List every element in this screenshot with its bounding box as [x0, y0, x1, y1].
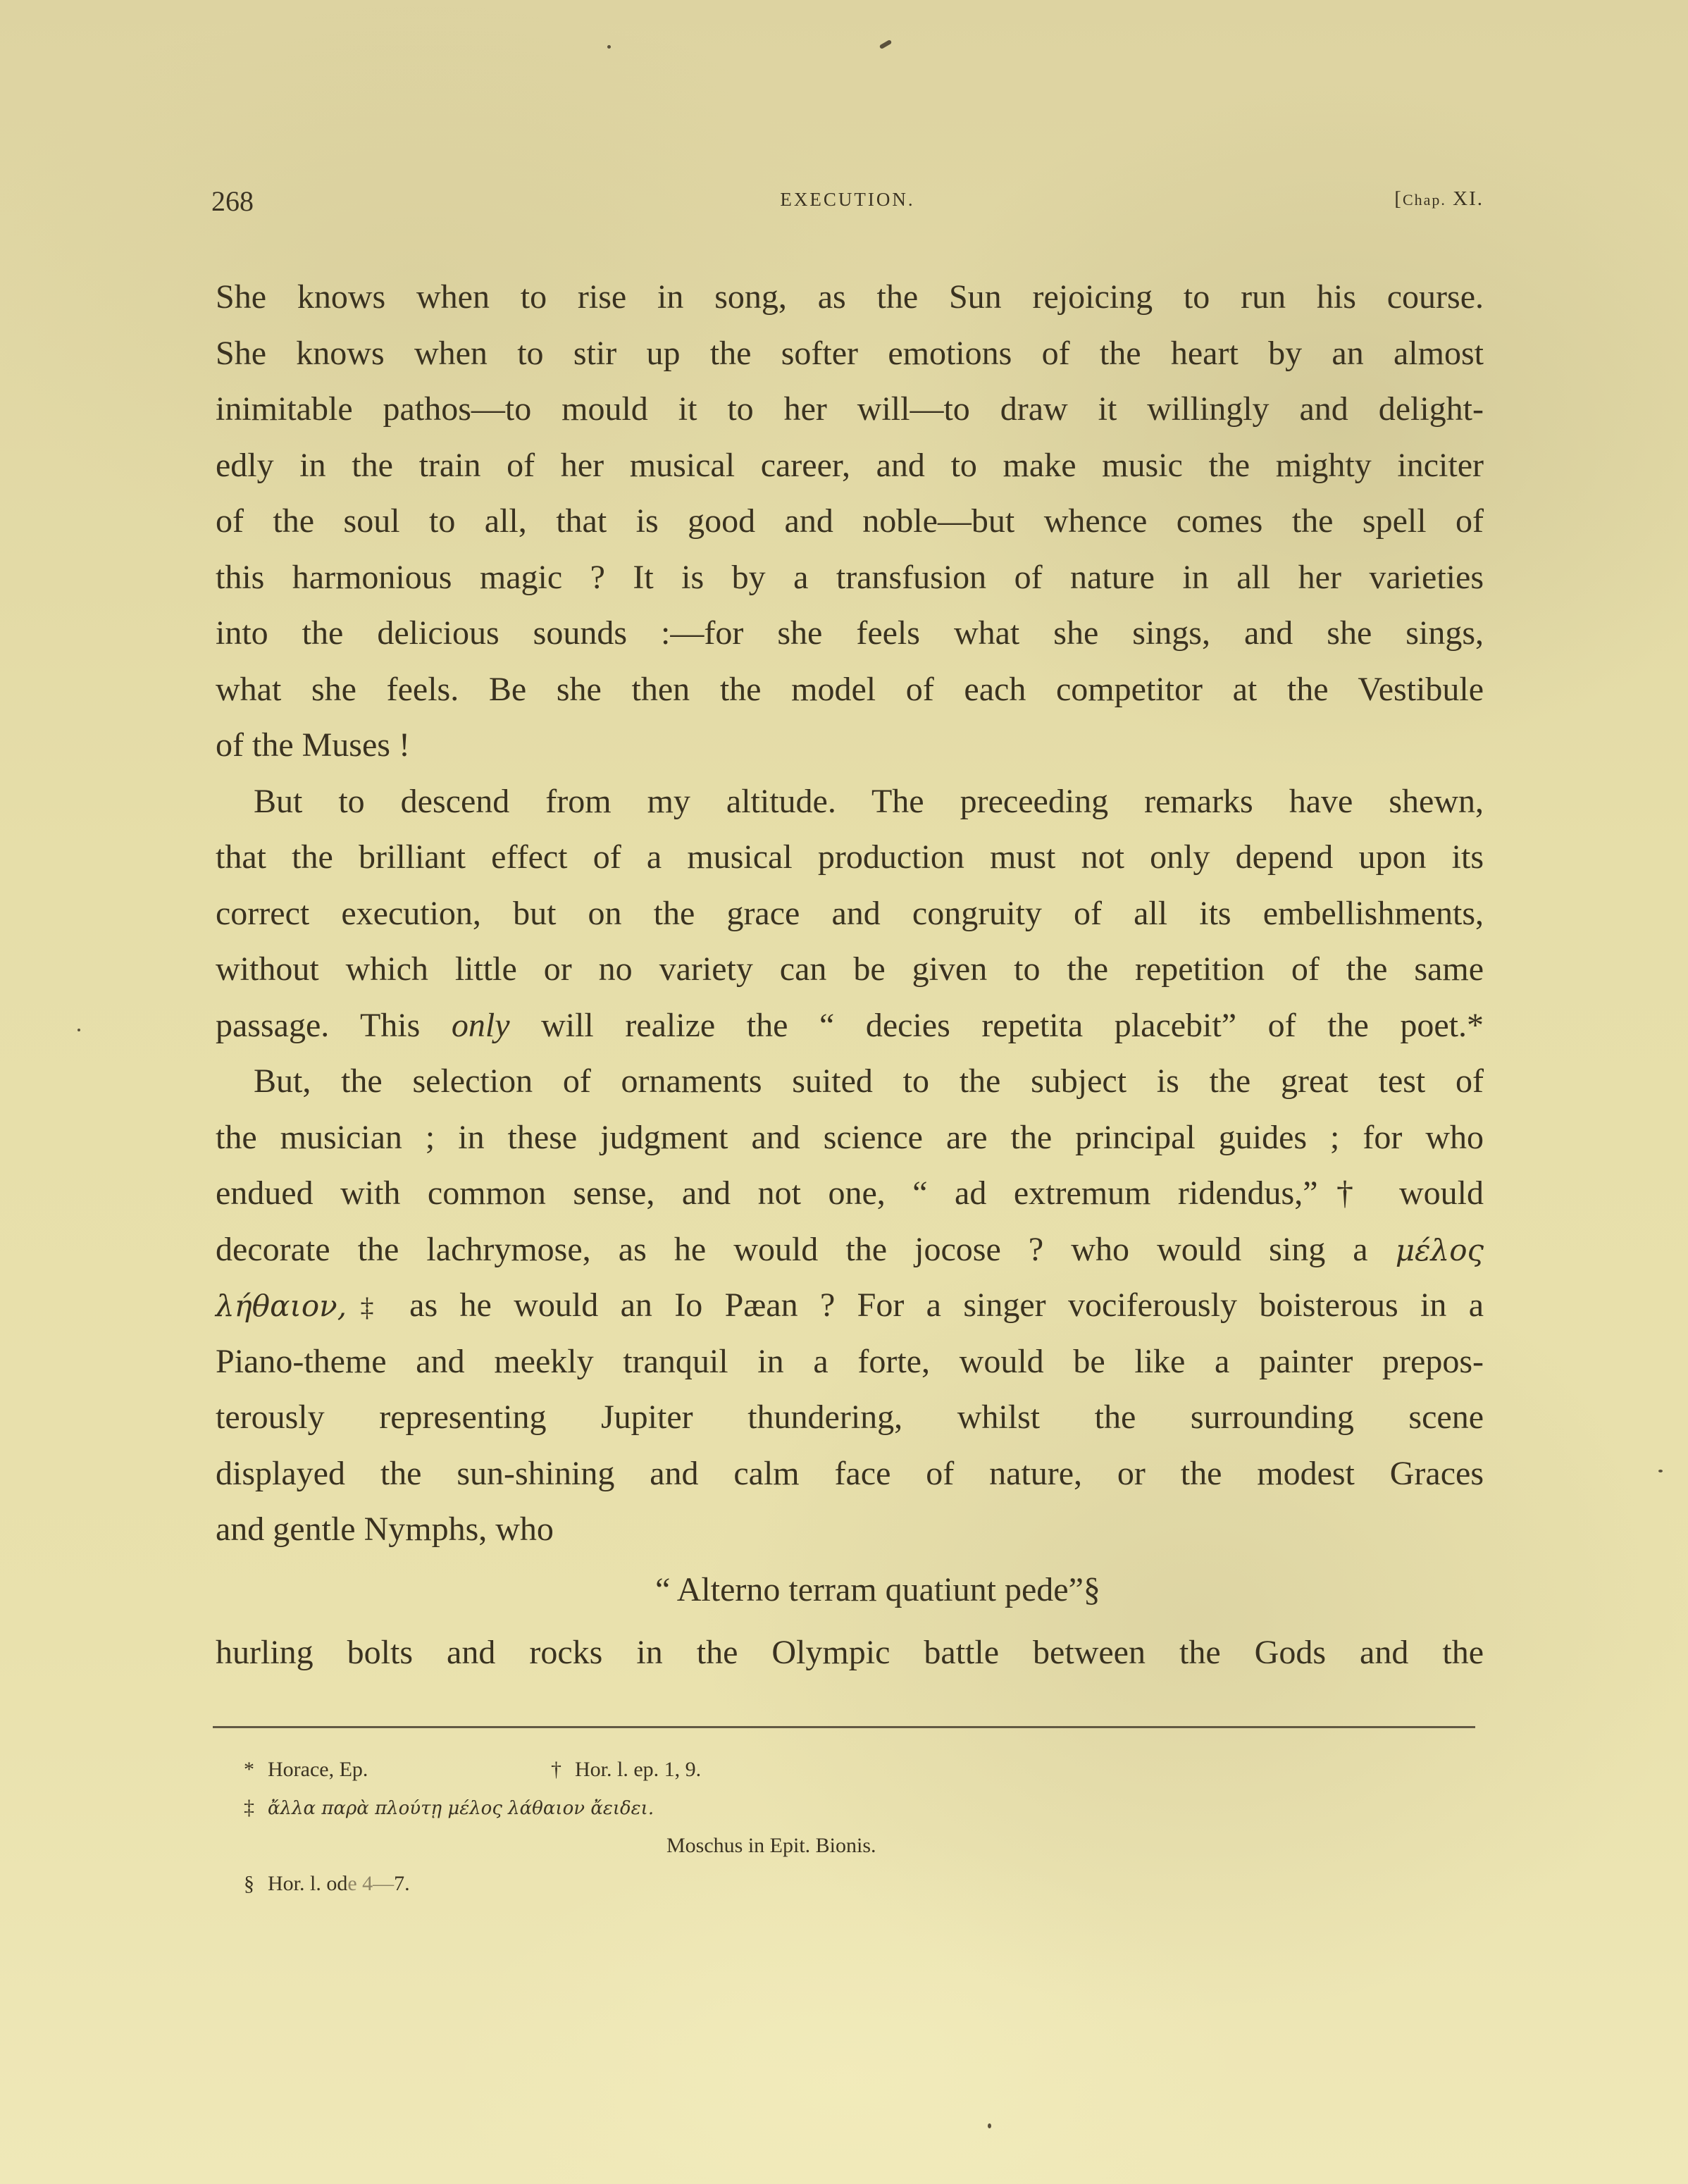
text-run: passage. This — [216, 1007, 452, 1044]
text-line: and gentle Nymphs, who — [216, 1501, 1484, 1558]
text-line: inimitable pathos—to mould it to her wil… — [216, 381, 1484, 438]
footnote-row: §Hor. l. ode 4—7. — [244, 1870, 1441, 1908]
text-line: that the brilliant effect of a musical p… — [216, 829, 1484, 886]
text-line: displayed the sun-shining and calm face … — [216, 1446, 1484, 1502]
text-line: correct execution, but on the grace and … — [216, 886, 1484, 942]
chapter-reference: [Chap. XI. — [1394, 187, 1484, 211]
chapter-numeral: XI. — [1453, 187, 1484, 210]
footnote-row: ‡ἄλλα παρὰ πλούτῃ μέλος λάθαιον ἄειδει. — [244, 1794, 1441, 1832]
text-line: She knows when to stir up the softer emo… — [216, 325, 1484, 382]
footnote-mark: * — [244, 1756, 268, 1784]
scan-speck — [77, 1029, 80, 1031]
text-line: this harmonious magic ? It is by a trans… — [216, 550, 1484, 606]
text-run: as he would an Io Pæan ? For a singer vo… — [387, 1286, 1484, 1324]
footnote-text: Horace, Ep. — [268, 1758, 368, 1781]
footnote-text-faded: e 4— — [347, 1872, 394, 1895]
chapter-prefix: Chap. — [1403, 191, 1446, 209]
footnote-text: 7. — [394, 1872, 410, 1895]
running-head: 268 EXECUTION. [Chap. XI. — [211, 185, 1484, 220]
footnote-rule — [213, 1726, 1475, 1728]
footnote-row: *Horace, Ep. †Hor. l. ep. 1, 9. — [244, 1756, 1441, 1794]
text-line: into the delicious sounds :—for she feel… — [216, 605, 1484, 662]
text-line: hurling bolts and rocks in the Olympic b… — [216, 1625, 1484, 1681]
paragraph-start: But, the selection of ornaments suited t… — [216, 1053, 1484, 1110]
footnote-mark: † — [551, 1756, 575, 1784]
text-line: of the Muses ! — [216, 717, 1484, 774]
text-line: what she feels. Be she then the model of… — [216, 662, 1484, 718]
text-line: terously representing Jupiter thundering… — [216, 1389, 1484, 1446]
footnote-mark: ‡ — [244, 1794, 268, 1822]
footnote-text: Hor. l. ep. 1, 9. — [575, 1758, 701, 1781]
greek-word: λήθαιον, — [216, 1289, 347, 1323]
scanned-book-page: 268 EXECUTION. [Chap. XI. She knows when… — [0, 0, 1688, 2184]
text-run: decorate the lachrymose, as he would the… — [216, 1231, 1396, 1268]
body-text: She knows when to rise in song, as the S… — [216, 269, 1484, 1681]
text-run: will realize the “ decies repetita place… — [510, 1007, 1484, 1044]
running-title: EXECUTION. — [211, 189, 1484, 211]
footnotes: *Horace, Ep. †Hor. l. ep. 1, 9. ‡ἄλλα πα… — [244, 1756, 1441, 1908]
footnote-mark-double-dagger: ‡ — [347, 1293, 387, 1322]
footnote-section: §Hor. l. ode 4—7. — [244, 1870, 410, 1898]
paragraph-start: But to descend from my altitude. The pre… — [216, 774, 1484, 830]
scan-speck — [1658, 1470, 1663, 1472]
text-line: the musician ; in these judgment and sci… — [216, 1110, 1484, 1166]
text-line: endued with common sense, and not one, “… — [216, 1165, 1484, 1222]
text-line: λήθαιον,‡ as he would an Io Pæan ? For a… — [216, 1277, 1484, 1334]
text-line: decorate the lachrymose, as he would the… — [216, 1222, 1484, 1278]
text-line: of the soul to all, that is good and nob… — [216, 493, 1484, 550]
chapter-bracket: [ — [1394, 187, 1403, 210]
scan-speck — [988, 2123, 991, 2128]
footnote-row: Moschus in Epit. Bionis. — [244, 1832, 1441, 1870]
footnote-double-dagger: ‡ἄλλα παρὰ πλούτῃ μέλος λάθαιον ἄειδει. — [244, 1794, 654, 1823]
footnote-greek-text: ἄλλα παρὰ πλούτῃ μέλος λάθαιον ἄειδει. — [268, 1798, 654, 1819]
text-line: She knows when to rise in song, as the S… — [216, 269, 1484, 325]
text-line: passage. This only will realize the “ de… — [216, 998, 1484, 1054]
footnote-asterisk: *Horace, Ep. — [244, 1756, 368, 1784]
block-quotation: “ Alterno terram quatiunt pede”§ — [216, 1562, 1484, 1618]
text-line: Piano-theme and meekly tranquil in a for… — [216, 1334, 1484, 1390]
scan-speck — [879, 39, 893, 49]
greek-word: μέλος — [1396, 1233, 1484, 1267]
text-line: edly in the train of her musical career,… — [216, 438, 1484, 494]
emphasis-only: only — [452, 1007, 510, 1044]
footnote-text: Hor. l. od — [268, 1872, 347, 1895]
footnote-dagger: †Hor. l. ep. 1, 9. — [551, 1756, 701, 1784]
footnote-mark: § — [244, 1870, 268, 1898]
scan-speck — [607, 45, 611, 49]
footnote-attribution: Moschus in Epit. Bionis. — [666, 1832, 876, 1860]
text-line: without which little or no variety can b… — [216, 941, 1484, 998]
